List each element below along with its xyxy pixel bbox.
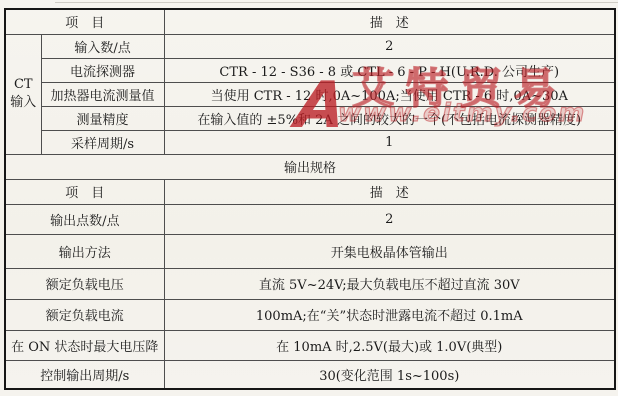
- row-desc: 当使用 CTR - 12 时,0A~100A;当使用 CTR - 6 时,0A~…: [164, 82, 615, 106]
- table-row: 电流探测器 CTR - 12 - S36 - 8 或 CTL - 6 - P -…: [5, 58, 615, 82]
- table-row: 在 ON 状态时最大电压降 在 10mA 时,2.5V(最大)或 1.0V(典型…: [5, 330, 615, 360]
- row-item: 在 ON 状态时最大电压降: [5, 330, 164, 360]
- row-desc: 30(变化范围 1s~100s): [164, 360, 615, 389]
- output-header-desc-cell: 描 述: [164, 179, 615, 204]
- row-item: 控制输出周期/s: [5, 360, 164, 389]
- table-row: 控制输出周期/s 30(变化范围 1s~100s): [5, 360, 615, 389]
- row-desc: 2: [164, 34, 615, 58]
- row-desc: 1: [164, 130, 615, 154]
- output-header-item-cell: 项 目: [5, 179, 164, 204]
- spec-table: 项 目 描 述 CT 输入 输入数/点 2 电流探测器 CTR - 12 - S…: [4, 8, 616, 390]
- input-header-row: 项 目 描 述: [5, 9, 615, 34]
- ct-input-group-cell: CT 输入: [5, 34, 41, 154]
- row-item: 额定负载电流: [5, 299, 164, 330]
- row-item: 输入数/点: [41, 34, 164, 58]
- row-item: 额定负载电压: [5, 268, 164, 299]
- row-desc: 开集电极晶体管输出: [164, 234, 615, 268]
- row-item: 输出点数/点: [5, 204, 164, 234]
- row-item: 采样周期/s: [41, 130, 164, 154]
- table-row: 测量精度 在输入值的 ±5%和 2A 之间的较大的一个(不包括电流探测器精度): [5, 106, 615, 130]
- scanned-spec-page: 项 目 描 述 CT 输入 输入数/点 2 电流探测器 CTR - 12 - S…: [0, 0, 618, 396]
- table-row: 额定负载电流 100mA;在“关”状态时泄露电流不超过 0.1mA: [5, 299, 615, 330]
- table-row: CT 输入 输入数/点 2: [5, 34, 615, 58]
- input-header-desc-cell: 描 述: [164, 9, 615, 34]
- row-item: 输出方法: [5, 234, 164, 268]
- table-row: 输出点数/点 2: [5, 204, 615, 234]
- row-desc: CTR - 12 - S36 - 8 或 CTL - 6 - P - H(U.R…: [164, 58, 615, 82]
- row-desc: 在输入值的 ±5%和 2A 之间的较大的一个(不包括电流探测器精度): [164, 106, 615, 130]
- scan-artifact-line: [55, 2, 618, 3]
- row-item: 加热器电流测量值: [41, 82, 164, 106]
- section-divider-row: 输出规格: [5, 154, 615, 179]
- table-row: 采样周期/s 1: [5, 130, 615, 154]
- row-desc: 直流 5V~24V;最大负载电压不超过直流 30V: [164, 268, 615, 299]
- output-header-row: 项 目 描 述: [5, 179, 615, 204]
- row-desc: 在 10mA 时,2.5V(最大)或 1.0V(典型): [164, 330, 615, 360]
- input-header-item-cell: 项 目: [5, 9, 164, 34]
- row-desc: 2: [164, 204, 615, 234]
- table-row: 输出方法 开集电极晶体管输出: [5, 234, 615, 268]
- section-divider-cell: 输出规格: [5, 154, 615, 179]
- table-row: 加热器电流测量值 当使用 CTR - 12 时,0A~100A;当使用 CTR …: [5, 82, 615, 106]
- table-row: 额定负载电压 直流 5V~24V;最大负载电压不超过直流 30V: [5, 268, 615, 299]
- row-desc: 100mA;在“关”状态时泄露电流不超过 0.1mA: [164, 299, 615, 330]
- row-item: 电流探测器: [41, 58, 164, 82]
- row-item: 测量精度: [41, 106, 164, 130]
